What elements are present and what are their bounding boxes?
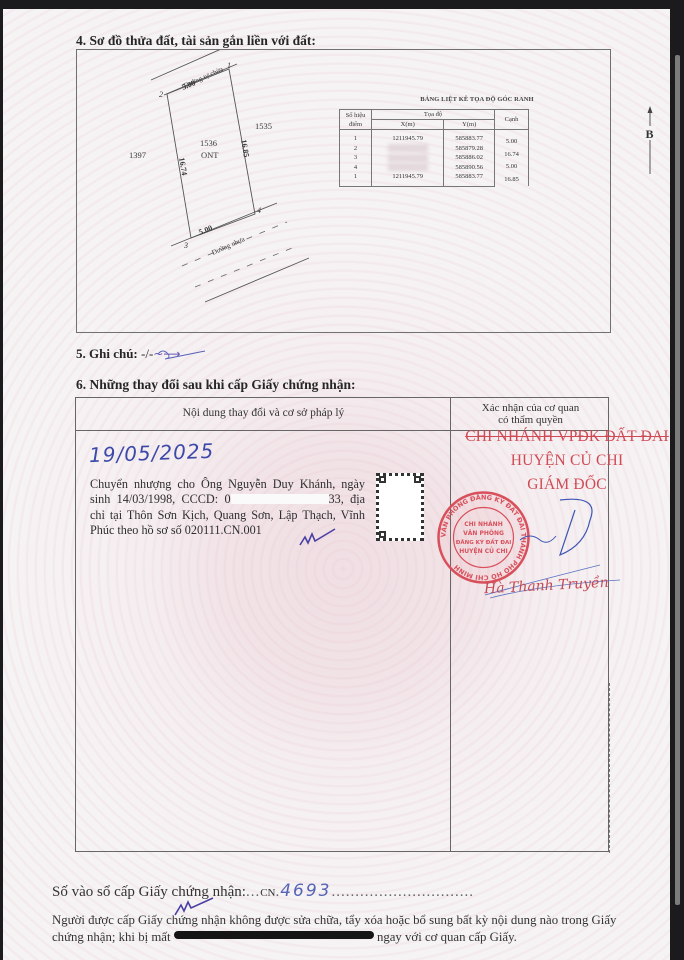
svg-text:B: B [646,127,654,141]
footer-notice: Người được cấp Giấy chứng nhận không đượ… [52,912,642,946]
svg-text:HUYỆN CỦ CHI: HUYỆN CỦ CHI [459,547,507,555]
svg-text:16.85: 16.85 [239,139,251,158]
svg-text:CHI NHÁNH: CHI NHÁNH [464,521,502,528]
changes-content-column [76,398,451,851]
land-use: ONT [201,150,219,160]
svg-text:16.74: 16.74 [177,157,189,176]
parcel-sketch: Đường tự chừa Đường nhựa 1 2 3 4 5.00 5.… [77,50,612,334]
section4-heading: 4. Sơ đồ thửa đất, tài sản gắn liền với … [76,33,316,49]
svg-text:4: 4 [257,206,261,215]
bottom-road-label: Đường nhựa [211,235,247,257]
confirming-authority: CHI NHÁNH VPĐK ĐẤT ĐAI HUYỆN CỦ CHI GIÁM… [452,425,682,497]
col-content-header: Nội dung thay đổi và cơ sở pháp lý [76,407,451,419]
qr-code [376,473,424,541]
land-sketch-box: Đường tự chừa Đường nhựa 1 2 3 4 5.00 5.… [76,49,611,333]
parcel-id: 1536 [200,138,217,148]
north-arrow-icon: B [644,106,656,176]
svg-text:VĂN PHÒNG: VĂN PHÒNG [463,530,504,537]
svg-text:3: 3 [183,241,188,250]
section5-note: 5. Ghi chú: -/-~⟶ [76,346,181,362]
handwritten-date: 19/05/2025 [89,439,215,467]
section6-heading: 6. Những thay đổi sau khi cấp Giấy chứng… [76,377,356,393]
svg-text:5.00: 5.00 [197,223,213,237]
redaction-bar [174,931,374,939]
svg-text:2: 2 [159,90,163,99]
section5-heading: 5. Ghi chú: [76,346,138,361]
col-confirm-header: Xác nhận của cơ quan có thẩm quyền [451,402,610,426]
coord-table: Số hiệu điểm Tọa độ Cạnh X(m) Y(m) 11211… [339,109,529,187]
change-entry-text: Chuyển nhượng cho Ông Nguyễn Duy Khánh, … [90,477,365,538]
coord-table-title: BẢNG LIỆT KÊ TỌA ĐỘ GÓC RANH [377,96,577,103]
registration-number: Số vào sổ cấp Giấy chứng nhận:...CN.4693… [52,881,474,901]
table-row: 11211945.79585883.775.0016.745.0016.85 [340,130,529,144]
svg-text:1: 1 [227,61,231,70]
section5-value: -/- [141,346,153,361]
svg-text:ĐĂNG KÝ ĐẤT ĐAI: ĐĂNG KÝ ĐẤT ĐAI [456,538,512,546]
neighbor-right: 1535 [255,121,272,131]
official-seal-icon: VĂN PHÒNG ĐĂNG KÝ ĐẤT ĐAI THÀNH PHỐ HỒ C… [436,490,531,585]
neighbor-left: 1397 [129,150,146,160]
redacted-id [231,494,329,504]
